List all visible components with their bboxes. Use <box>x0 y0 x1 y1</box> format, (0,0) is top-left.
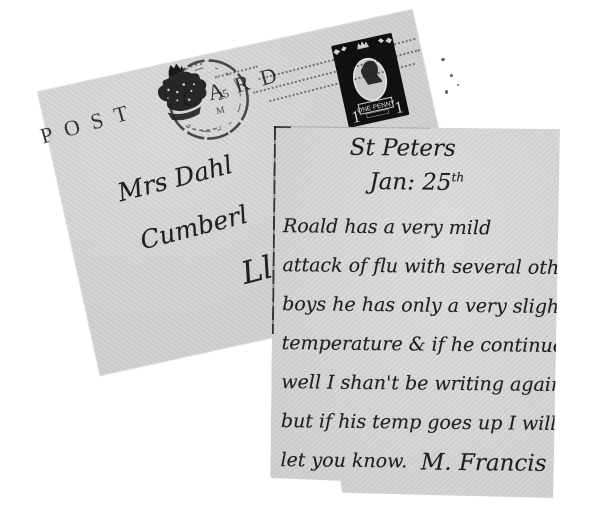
ink-speck <box>457 84 459 86</box>
address-line-house: Cumberl <box>137 200 250 255</box>
ink-speck <box>445 90 448 94</box>
postcard-scan: POST CARD 25 M <box>0 0 600 517</box>
ink-speck <box>441 58 445 61</box>
postmark-day: 25 <box>215 86 231 103</box>
message-date: Jan: 25th <box>369 169 464 196</box>
message-signature: M. Francis <box>270 448 546 477</box>
message-place: St Peters <box>350 135 456 162</box>
message-line: Roald has a very mild <box>283 211 557 253</box>
ink-speck <box>450 74 453 77</box>
address-line-town: Ll <box>238 249 277 291</box>
postmark-code: M <box>215 105 226 117</box>
message-line: attack of flu with several other <box>282 250 556 292</box>
postcard-message-side: St Peters Jan: 25th Roald has a very mil… <box>270 126 560 501</box>
message-date-suffix: th <box>451 170 464 184</box>
message-body: Roald has a very mild attack of flu with… <box>280 211 557 487</box>
message-line: but if his temp goes up I will <box>281 406 555 448</box>
message-line: temperature & if he continues <box>281 328 555 370</box>
post-label: POST <box>37 97 142 150</box>
postmark-icon: 25 M <box>154 45 264 155</box>
message-date-text: Jan: 25 <box>369 169 451 196</box>
message-line: well I shan't be writing again <box>281 367 555 409</box>
message-line: boys he has only a very slight <box>282 289 556 331</box>
